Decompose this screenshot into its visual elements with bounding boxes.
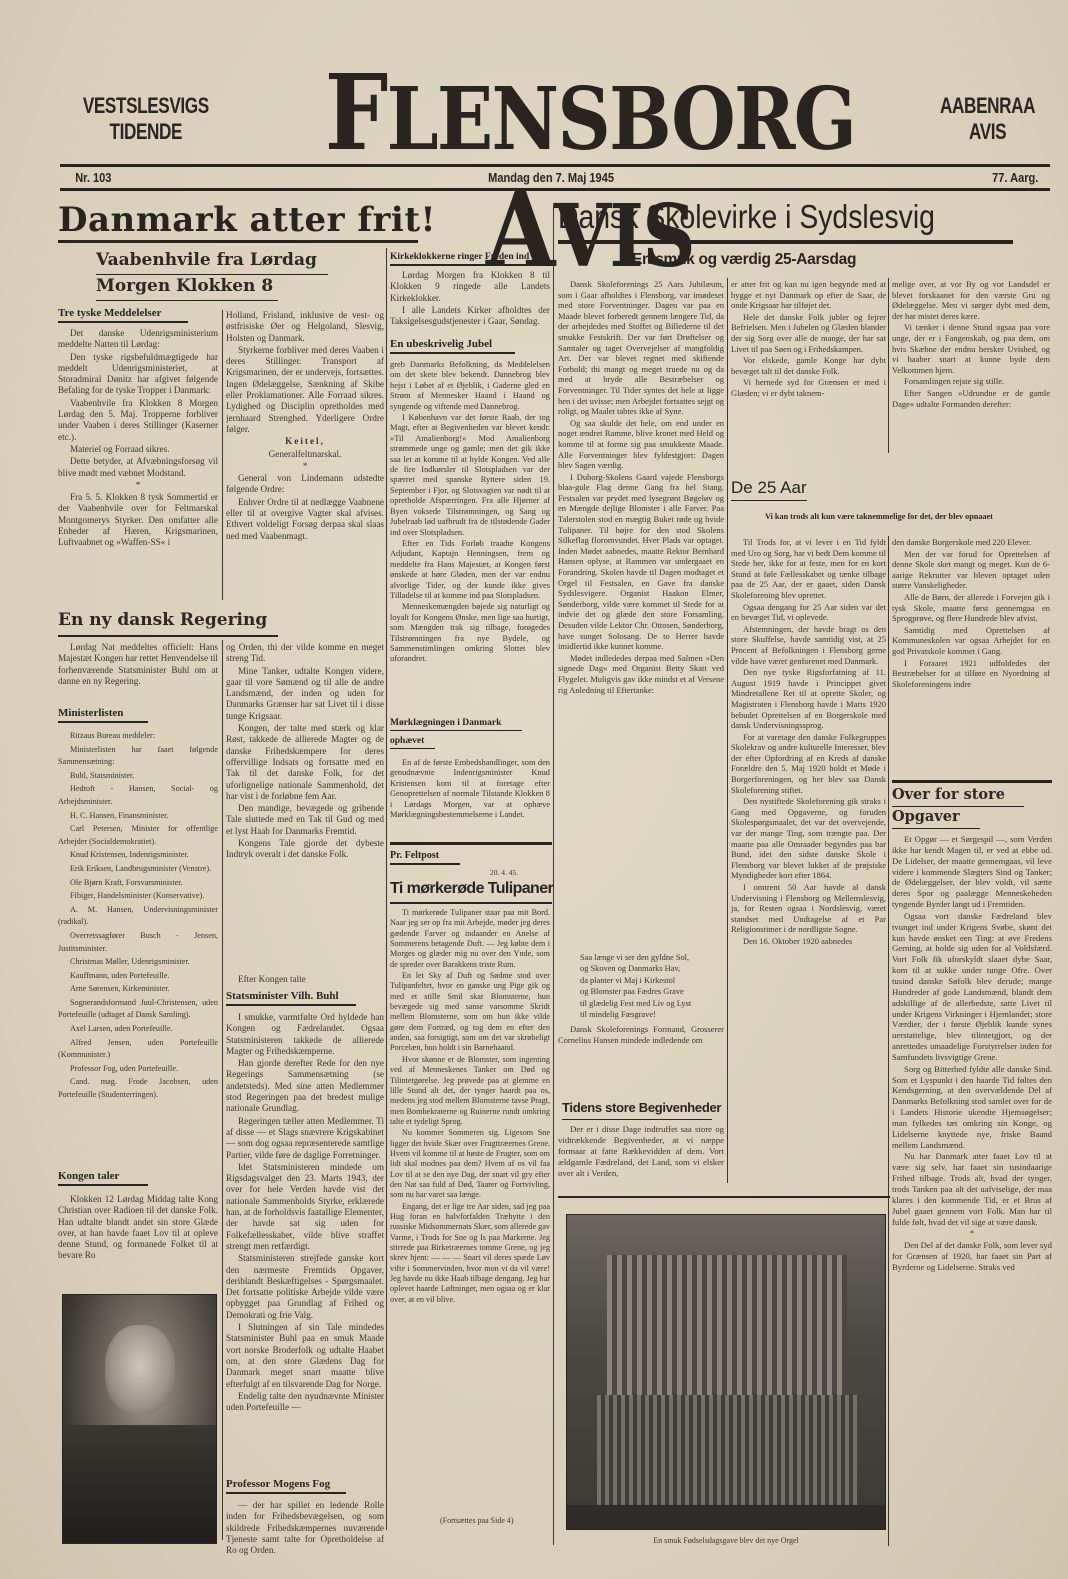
school-col3: melige over, at vor By og vor Landsdel e… bbox=[892, 279, 1050, 454]
tasks-text: Et Opgør — et Sørgespil —, som Verden ik… bbox=[892, 834, 1052, 1554]
tulips-kicker: Pr. Feltpost bbox=[390, 850, 460, 865]
minister-item: Buhl, Statsminister. bbox=[58, 770, 218, 783]
paragraph: Holland, Frisland, inklusive de vest- og… bbox=[226, 310, 384, 344]
dateline: Nr. 103 Mandag den 7. Maj 1945 77. Aarg. bbox=[72, 170, 1042, 186]
subheadline-1-rule bbox=[96, 274, 328, 275]
paragraph: Vor elskede, gamle Konge har dybt bevæge… bbox=[731, 355, 886, 376]
tasks-title-rule-1 bbox=[892, 806, 1024, 807]
school-col1: Dansk Skoleforenings 25 Aars Jubilæum, s… bbox=[558, 279, 724, 849]
paragraph: Forsamlingen rejste sig stille. bbox=[892, 376, 1050, 387]
minister-item: A. M. Hansen, Undervisningsminister (rad… bbox=[58, 904, 218, 929]
minister-item: Hedtoft - Hansen, Social- og Arbejdsmini… bbox=[58, 783, 218, 808]
minister-item: Christmas Møller, Udenrigsminister. bbox=[58, 956, 218, 969]
government-headline: En ny dansk Regering bbox=[58, 610, 267, 630]
organ-pipes bbox=[607, 1255, 847, 1395]
paragraph: Alle de Børn, der allerede i Forvejen gi… bbox=[892, 592, 1050, 624]
portrait-uniform bbox=[63, 1425, 217, 1544]
paragraph: En af de første Embedshandlinger, som de… bbox=[390, 758, 550, 820]
paragraph: Den Del af det danske Folk, som lever sy… bbox=[892, 1240, 1052, 1273]
paragraph: Menneskemængden bøjede sig naturligt og … bbox=[390, 602, 550, 664]
blackout-text: En af de første Embedshandlinger, som de… bbox=[390, 758, 550, 830]
column-divider bbox=[727, 278, 728, 1183]
minister-item: Overretssagfører Busch - Jensen, Justits… bbox=[58, 930, 218, 955]
column-divider bbox=[386, 248, 387, 1530]
paragraph: For at varetage den danske Folkegruppes … bbox=[731, 732, 886, 796]
masthead-rule-top bbox=[60, 164, 1050, 167]
minister-item: Sognerandsformand Juul-Christensen, uden… bbox=[58, 997, 218, 1022]
paragraph: Kongens Tale gjorde det dybeste Indtryk … bbox=[226, 838, 384, 861]
organ-photo bbox=[566, 1214, 886, 1530]
separator-asterisk: * bbox=[58, 480, 218, 491]
masthead: VESTSLESVIGS TIDENDE FLENSBORG AVIS AABE… bbox=[60, 58, 1050, 168]
paragraph: Lørdag Nat meddeltes officielt: Hans Maj… bbox=[58, 642, 218, 687]
paragraph: Den nystiftede Skoleforening gik straks … bbox=[731, 796, 886, 881]
side-title-right: AABENRAA AVIS bbox=[925, 93, 1050, 145]
organ-caption: En smuk Fødselsdagsgave blev det nye Org… bbox=[566, 1536, 886, 1545]
paragraph: I Foraaret 1921 udfoldedes der Bestræbel… bbox=[892, 658, 1050, 690]
government-col2: og Orden, thi der vilde komme en meget s… bbox=[226, 642, 384, 902]
paragraph: Ogsaa vort danske Fædreland blev tvunget… bbox=[892, 911, 1052, 1063]
paragraph: General von Lindemann udstedte følgende … bbox=[226, 473, 384, 496]
masthead-rule-bottom bbox=[60, 188, 1050, 191]
paragraph: Ogsaa dengang for 25 Aar siden var det e… bbox=[731, 602, 886, 623]
paragraph: Hvor skønne er de Blomster, som ingentin… bbox=[390, 1055, 550, 1127]
tasks-title-rule-2 bbox=[892, 828, 980, 829]
jubilation-text: greb Danmarks Befolkning, da Meddelelsen… bbox=[390, 360, 550, 712]
ministers-list: Ritzaus Bureau meddeler: Ministerlisten … bbox=[58, 730, 218, 1155]
paragraph: Afstemningen, der havde bragt os den sto… bbox=[731, 624, 886, 666]
paragraph: Lørdag Morgen fra Klokken 8 til Klokken … bbox=[390, 270, 550, 304]
verse-line: og Blomster paa Fædres Grave bbox=[580, 987, 720, 997]
section-divider bbox=[390, 842, 552, 845]
paragraph: Den 16. Oktober 1920 aabnedes bbox=[731, 936, 886, 947]
side-title-left-line2: TIDENDE bbox=[60, 119, 232, 145]
paragraph: I alle Landets Kirker afholdtes der Taks… bbox=[390, 305, 550, 328]
years-col3: den danske Borgerskole med 220 Elever. M… bbox=[892, 537, 1050, 769]
paragraph: Vi hernede syd for Grænsen er med i Glæd… bbox=[731, 377, 886, 398]
section-divider bbox=[558, 1196, 890, 1198]
paragraph: Regeringen tæller atten Medlemmer. Ti af… bbox=[226, 1116, 384, 1161]
continued-note: (Fortsættes paa Side 4) bbox=[440, 1516, 514, 1525]
paragraph: Kongen, der talte med stærk og klar Røst… bbox=[226, 723, 384, 802]
paragraph: Nu kommer Sommeren sig. Ligesom Sne ligg… bbox=[390, 1128, 550, 1200]
paragraph: I Duborg-Skolens Gaard vajede Flensborgs… bbox=[558, 472, 724, 652]
signature-title: Generalfeltmarskal. bbox=[226, 449, 384, 460]
paragraph: Den mandige, bevægede og gribende Tale s… bbox=[226, 803, 384, 837]
paragraph: Den nye tyske Rigsforfatning af 11. Augu… bbox=[731, 667, 886, 731]
paragraph: Dette betyder, at Afvæbningsforsøg vil b… bbox=[58, 456, 218, 479]
paragraph: Men der var forud for Oprettelsen af den… bbox=[892, 549, 1050, 591]
lead-story-col2: Holland, Frisland, inklusive de vest- og… bbox=[226, 310, 384, 605]
paragraph: I København var det første Raab, der tog… bbox=[390, 413, 550, 538]
paragraph: Klokken 12 Lørdag Middag talte Kong Chri… bbox=[58, 1194, 218, 1262]
minister-item: Kauffmann, uden Portefeuille. bbox=[58, 970, 218, 983]
paragraph: Der er i disse Dage indtruffet saa store… bbox=[558, 1124, 724, 1179]
signature-keitel: Keitel, bbox=[226, 436, 384, 447]
minister-item: Erik Eriksen, Landbrugsminister (Venstre… bbox=[58, 863, 218, 876]
school-col2: er atter frit og kan nu igen begynde med… bbox=[731, 279, 886, 465]
paragraph: Den tyske rigsbefuldmægtigede har meddel… bbox=[58, 352, 218, 397]
side-title-left: VESTSLESVIGS TIDENDE bbox=[60, 93, 232, 145]
buhl-title: Statsminister Vilh. Buhl bbox=[226, 990, 356, 1006]
after-king-line: Efter Kongen talte bbox=[226, 974, 384, 988]
blackout-title-line1: Mørklægningen i Danmark bbox=[390, 718, 522, 731]
section-title-tre-tyske: Tre tyske Meddelelser bbox=[58, 307, 188, 323]
paragraph: Enhver Ordre til at nedlægge Vaabnene el… bbox=[226, 497, 384, 542]
issue-date: Mandag den 7. Maj 1945 bbox=[488, 170, 614, 186]
years-title: De 25 Aar bbox=[731, 478, 807, 498]
paragraph: Engang, det er lige tre Aar siden, sad j… bbox=[390, 1202, 550, 1305]
school-headline-rule bbox=[558, 240, 1013, 244]
paragraph: Nu har Danmark atter faaet Lov til at væ… bbox=[892, 1151, 1052, 1227]
paragraph: En let Sky af Duft og Sødme stod over Tu… bbox=[390, 971, 550, 1054]
events-text: Der er i disse Dage indtruffet saa store… bbox=[558, 1124, 724, 1190]
lead-subheadline-2: Morgen Klokken 8 bbox=[96, 276, 273, 296]
column-divider bbox=[222, 640, 223, 1540]
school-subheadline: En smuk og værdig 25-Aarsdag bbox=[632, 251, 856, 269]
paragraph: Statsministeren strejfede ganske kort de… bbox=[226, 1253, 384, 1321]
paragraph: Efter Kongen talte bbox=[226, 974, 384, 985]
minister-item: Knud Kristensen, Indenrigsminister. bbox=[58, 849, 218, 862]
ministers-title: Ministerlisten bbox=[58, 707, 148, 723]
side-title-right-line2: AVIS bbox=[925, 119, 1050, 145]
verse-line: Saa længe vi ser den gyldne Sol, bbox=[580, 953, 720, 963]
paragraph: Mødet indlededes derpaa med Salmen »Den … bbox=[558, 653, 724, 695]
paragraph: Til Trods for, at vi lever i en Tid fyld… bbox=[731, 537, 886, 601]
years-title-rule bbox=[731, 500, 807, 501]
bells-text: Lørdag Morgen fra Klokken 8 til Klokken … bbox=[390, 270, 550, 332]
paragraph: Styrkerne forbliver med deres Vaaben i d… bbox=[226, 345, 384, 435]
minister-item: Ole Bjørn Kraft, Forsvarsminister. bbox=[58, 877, 218, 890]
paragraph: Idet Statsministeren mindede om Rigsdags… bbox=[226, 1162, 384, 1252]
paragraph: Det danske Udenrigsministerium meddelte … bbox=[58, 328, 218, 351]
organ-base bbox=[567, 1505, 886, 1530]
tulips-text: Ti mørkerøde Tulipaner staar paa mit Bor… bbox=[390, 908, 550, 1508]
portrait-face bbox=[105, 1325, 175, 1415]
verse-line: til mindelig Fæsgrave! bbox=[580, 1010, 720, 1019]
lead-subheadline-1: Vaabenhvile fra Lørdag bbox=[96, 250, 317, 270]
lead-headline-underline bbox=[58, 240, 418, 243]
column-divider bbox=[553, 205, 554, 1545]
events-title-rule bbox=[562, 1119, 712, 1120]
volume-number: 77. Aarg. bbox=[992, 170, 1038, 186]
fog-title: Professor Mogens Fog bbox=[226, 1478, 346, 1494]
king-speaks-title: Kongen taler bbox=[58, 1170, 148, 1186]
organ-lower-pipes bbox=[597, 1395, 857, 1505]
tasks-title-line1: Over for store bbox=[892, 786, 1005, 803]
minister-item: Fibiger, Handelsminister (Konservative). bbox=[58, 890, 218, 903]
paragraph: Ti mørkerøde Tulipaner staar paa mit Bor… bbox=[390, 908, 550, 970]
verse-line: og Skoven og Danmarks Hav, bbox=[580, 964, 720, 974]
paragraph: Og saa skulde det hele, om end under en … bbox=[558, 418, 724, 471]
king-speaks-text: Klokken 12 Lørdag Middag talte Kong Chri… bbox=[58, 1194, 218, 1284]
school-col1-after-verse: Dansk Skoleforenings Formand, Grosserer … bbox=[558, 1024, 724, 1068]
tulips-dateline: 20. 4. 45. bbox=[490, 868, 518, 877]
paragraph: Fra 5. 5. Klokken 8 tysk Sommertid er de… bbox=[58, 492, 218, 548]
paragraph: Dansk Skoleforenings 25 Aars Jubilæum, s… bbox=[558, 279, 724, 417]
column-divider bbox=[222, 310, 223, 600]
paragraph: Dansk Skoleforenings Formand, Grosserer … bbox=[558, 1024, 724, 1045]
paragraph: Endelig talte den nyudnævnte Minister ud… bbox=[226, 1391, 384, 1414]
subheadline-2-rule bbox=[96, 300, 278, 301]
paragraph: og Orden, thi der vilde komme en meget s… bbox=[226, 642, 384, 665]
events-title: Tidens store Begivenheder bbox=[562, 1100, 721, 1115]
paragraph: Hele det danske Folk jubler og fejrer Be… bbox=[731, 312, 886, 354]
blackout-title-line2: ophævet bbox=[390, 736, 435, 749]
tasks-title-line2: Opgaver bbox=[892, 808, 960, 825]
section-divider bbox=[892, 780, 1052, 783]
lead-story-col1: Det danske Udenrigsministerium meddelte … bbox=[58, 328, 218, 603]
column-divider bbox=[888, 278, 889, 453]
issue-number: Nr. 103 bbox=[75, 170, 111, 186]
king-portrait-photo bbox=[62, 1294, 217, 1544]
paragraph: Samtidig med Oprettelsen af Kommuneskole… bbox=[892, 625, 1050, 657]
paragraph: Sorg og Bitterhed fyldte alle danske Sin… bbox=[892, 1064, 1052, 1151]
paragraph: Mine Tanker, udtalte Kongen videre, gaar… bbox=[226, 666, 384, 722]
hymn-verse: Saa længe vi ser den gyldne Sol, og Skov… bbox=[570, 953, 720, 1019]
paragraph: Ministerlisten har faaet følgende Sammen… bbox=[58, 744, 218, 769]
paragraph: Vi tænker i denne Stund ogsaa paa vore u… bbox=[892, 322, 1050, 375]
paragraph: Efter en Tids Forløb traadte Kongens Adj… bbox=[390, 539, 550, 601]
government-intro: Lørdag Nat meddeltes officielt: Hans Maj… bbox=[58, 642, 218, 700]
separator-asterisk: * bbox=[892, 1228, 1052, 1239]
minister-item: Axel Larsen, uden Portefeuille. bbox=[58, 1023, 218, 1036]
verse-line: da planter vi Maj i Kirkestol bbox=[580, 976, 720, 986]
paragraph: er atter frit og kan nu igen begynde med… bbox=[731, 279, 886, 311]
minister-item: Carl Petersen, Minister for offentlige A… bbox=[58, 823, 218, 848]
paragraph: den danske Borgerskole med 220 Elever. bbox=[892, 537, 1050, 548]
title-part-1: LENSBORG bbox=[387, 69, 856, 170]
column-divider bbox=[888, 536, 889, 1546]
paragraph: Han gjorde derefter Rede for den nye Reg… bbox=[226, 1058, 384, 1114]
minister-item: Arne Sørensen, Kirkeminister. bbox=[58, 983, 218, 996]
minister-item: H. C. Hansen, Finansminister. bbox=[58, 810, 218, 823]
paragraph: greb Danmarks Befolkning, da Meddelelsen… bbox=[390, 360, 550, 412]
paragraph: Efter Sangen »Udrundne er de gamle Dage«… bbox=[892, 388, 1050, 409]
minister-item: Cand. mag. Frode Jacobsen, uden Portefeu… bbox=[58, 1076, 218, 1101]
minister-item: Alfred Jensen, uden Portefeuille (Kommun… bbox=[58, 1037, 218, 1062]
separator-asterisk: * bbox=[226, 461, 384, 472]
side-title-right-line1: AABENRAA bbox=[925, 93, 1050, 119]
paragraph: Materiel og Forraad sikres. bbox=[58, 444, 218, 455]
verse-line: til glædelig Fest med Liv og Lyst bbox=[580, 999, 720, 1009]
paragraph: melige over, at vor By og vor Landsdel e… bbox=[892, 279, 1050, 321]
years-col2: Til Trods for, at vi lever i en Tid fyld… bbox=[731, 537, 886, 1147]
paragraph: — der har spillet en ledende Rolle inden… bbox=[226, 1500, 384, 1556]
paragraph: Et Opgør — et Sørgespil —, som Verden ik… bbox=[892, 834, 1052, 910]
paragraph: I omtrent 50 Aar havde al dansk Undervis… bbox=[731, 882, 886, 935]
paragraph: I Slutningen af sin Tale mindedes Statsm… bbox=[226, 1322, 384, 1390]
tulips-rule bbox=[390, 902, 552, 904]
paragraph: I smukke, varmtfølte Ord hyldede han Kon… bbox=[226, 1012, 384, 1057]
paragraph: Vaabenhvile fra Klokken 8 Morgen Lørdag … bbox=[58, 398, 218, 443]
buhl-text: I smukke, varmtfølte Ord hyldede han Kon… bbox=[226, 1012, 384, 1470]
side-title-left-line1: VESTSLESVIGS bbox=[60, 93, 232, 119]
bells-title: Kirkeklokkerne ringer Freden ind bbox=[390, 252, 550, 266]
school-headline: Dansk Skolevirke i Sydslesvig bbox=[558, 198, 935, 236]
years-kicker: Vi kan trods alt kun være taknemmelige f… bbox=[765, 508, 1055, 526]
fog-text: — der har spillet en ledende Rolle inden… bbox=[226, 1500, 384, 1562]
minister-item: Professor Fog, uden Portefeuille. bbox=[58, 1063, 218, 1076]
lead-headline: Danmark atter frit! bbox=[58, 200, 436, 240]
government-headline-rule bbox=[58, 635, 278, 637]
paragraph: Ritzaus Bureau meddeler: bbox=[58, 730, 218, 743]
jubilation-title: En ubeskrivelig Jubel bbox=[390, 338, 515, 354]
newspaper-page: VESTSLESVIGS TIDENDE FLENSBORG AVIS AABE… bbox=[0, 0, 1068, 1579]
tulips-headline: Ti mørkerøde Tulipaner bbox=[390, 880, 553, 898]
title-cap-f: F bbox=[325, 51, 387, 174]
